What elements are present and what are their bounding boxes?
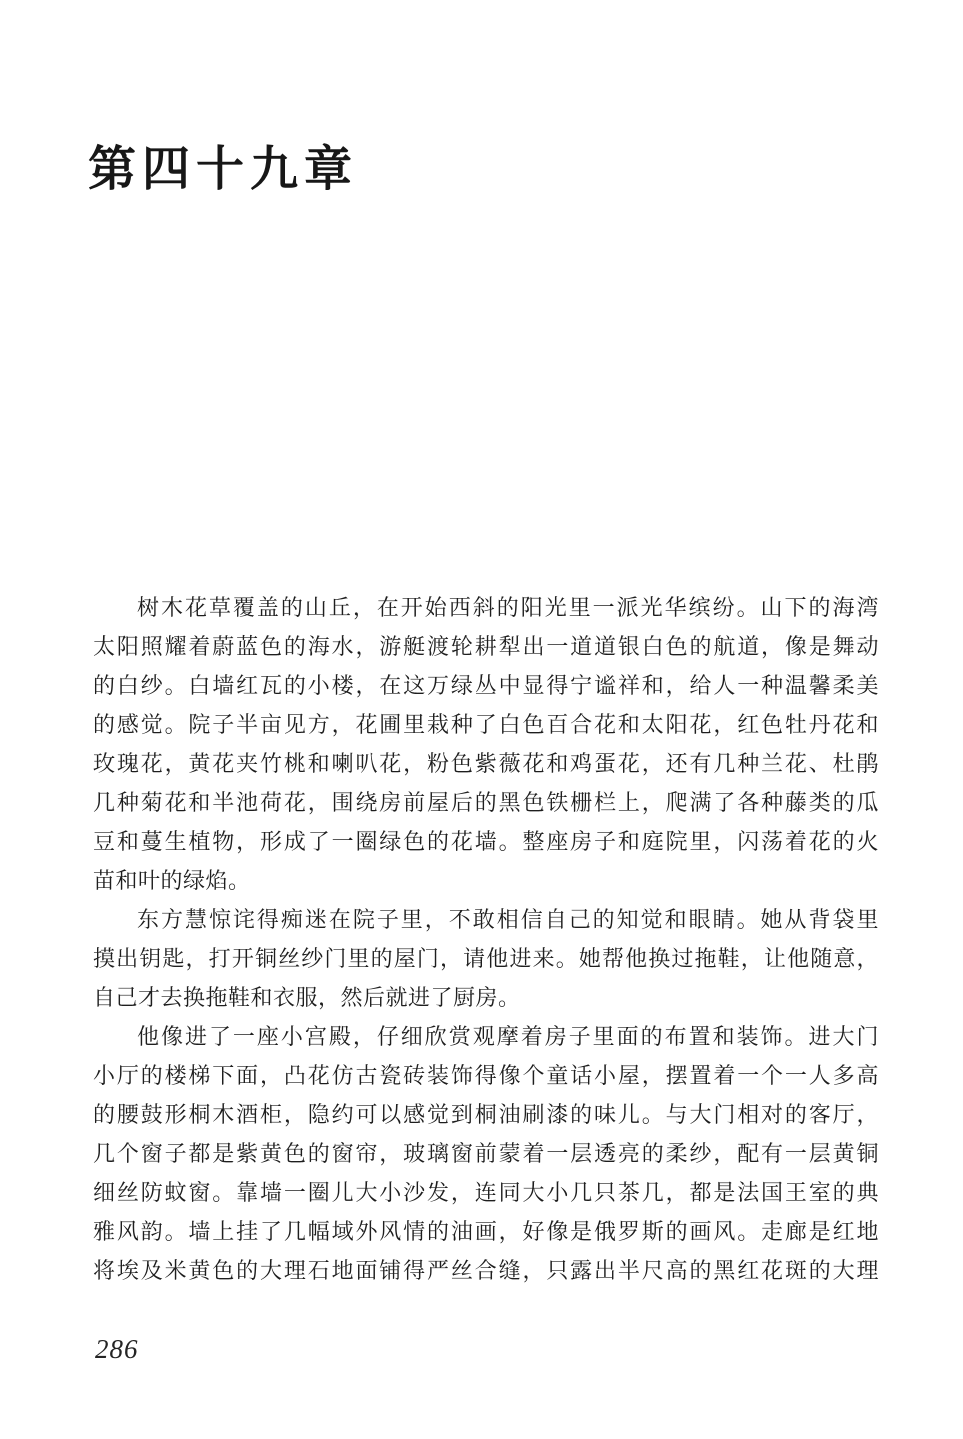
text-line: 摸出钥匙，打开铜丝纱门里的屋门，请他进来。她帮他换过拖鞋，让他随意， bbox=[93, 939, 879, 978]
paragraph-1: 树木花草覆盖的山丘，在开始西斜的阳光里一派光华缤纷。山下的海湾里， 太阳照耀着蔚… bbox=[93, 588, 879, 900]
text-line: 自己才去换拖鞋和衣服，然后就进了厨房。 bbox=[93, 978, 879, 1017]
text-line: 苗和叶的绿焰。 bbox=[93, 861, 879, 900]
text-line: 的腰鼓形桐木酒柜，隐约可以感觉到桐油刷漆的味儿。与大门相对的客厅， bbox=[93, 1095, 879, 1134]
book-page: 第四十九章 树木花草覆盖的山丘，在开始西斜的阳光里一派光华缤纷。山下的海湾里， … bbox=[0, 0, 963, 1439]
text-line: 小厅的楼梯下面，凸花仿古瓷砖装饰得像个童话小屋，摆置着一个一人多高 bbox=[93, 1056, 879, 1095]
text-line: 玫瑰花，黄花夹竹桃和喇叭花，粉色紫薇花和鸡蛋花，还有几种兰花、杜鹃花， bbox=[93, 744, 879, 783]
text-line: 的白纱。白墙红瓦的小楼，在这万绿丛中显得宁谧祥和，给人一种温馨柔美 bbox=[93, 666, 879, 705]
text-line: 细丝防蚊窗。靠墙一圈儿大小沙发，连同大小几只茶几，都是法国王室的典 bbox=[93, 1173, 879, 1212]
text-line: 雅风韵。墙上挂了几幅域外风情的油画，好像是俄罗斯的画风。走廊是红地毯， bbox=[93, 1212, 879, 1251]
text-line: 太阳照耀着蔚蓝色的海水，游艇渡轮耕犁出一道道银白色的航道，像是舞动 bbox=[93, 627, 879, 666]
text-line: 树木花草覆盖的山丘，在开始西斜的阳光里一派光华缤纷。山下的海湾里， bbox=[93, 588, 879, 627]
text-line: 将埃及米黄色的大理石地面铺得严丝合缝，只露出半尺高的黑红花斑的大理 bbox=[93, 1251, 879, 1290]
text-line: 的感觉。院子半亩见方，花圃里栽种了白色百合花和太阳花，红色牡丹花和 bbox=[93, 705, 879, 744]
paragraph-3: 他像进了一座小宫殿，仔细欣赏观摩着房子里面的布置和装饰。进大门 小厅的楼梯下面，… bbox=[93, 1017, 879, 1290]
body-text: 树木花草覆盖的山丘，在开始西斜的阳光里一派光华缤纷。山下的海湾里， 太阳照耀着蔚… bbox=[93, 588, 879, 1290]
paragraph-2: 东方慧惊诧得痴迷在院子里，不敢相信自己的知觉和眼睛。她从背袋里 摸出钥匙，打开铜… bbox=[93, 900, 879, 1017]
text-line: 他像进了一座小宫殿，仔细欣赏观摩着房子里面的布置和装饰。进大门 bbox=[93, 1017, 879, 1056]
text-line: 东方慧惊诧得痴迷在院子里，不敢相信自己的知觉和眼睛。她从背袋里 bbox=[93, 900, 879, 939]
text-line: 豆和蔓生植物，形成了一圈绿色的花墙。整座房子和庭院里，闪荡着花的火 bbox=[93, 822, 879, 861]
page-number: 286 bbox=[95, 1334, 139, 1365]
text-line: 几个窗子都是紫黄色的窗帘，玻璃窗前蒙着一层透亮的柔纱，配有一层黄铜 bbox=[93, 1134, 879, 1173]
chapter-title: 第四十九章 bbox=[88, 130, 358, 199]
text-line: 几种菊花和半池荷花，围绕房前屋后的黑色铁栅栏上，爬满了各种藤类的瓜 bbox=[93, 783, 879, 822]
